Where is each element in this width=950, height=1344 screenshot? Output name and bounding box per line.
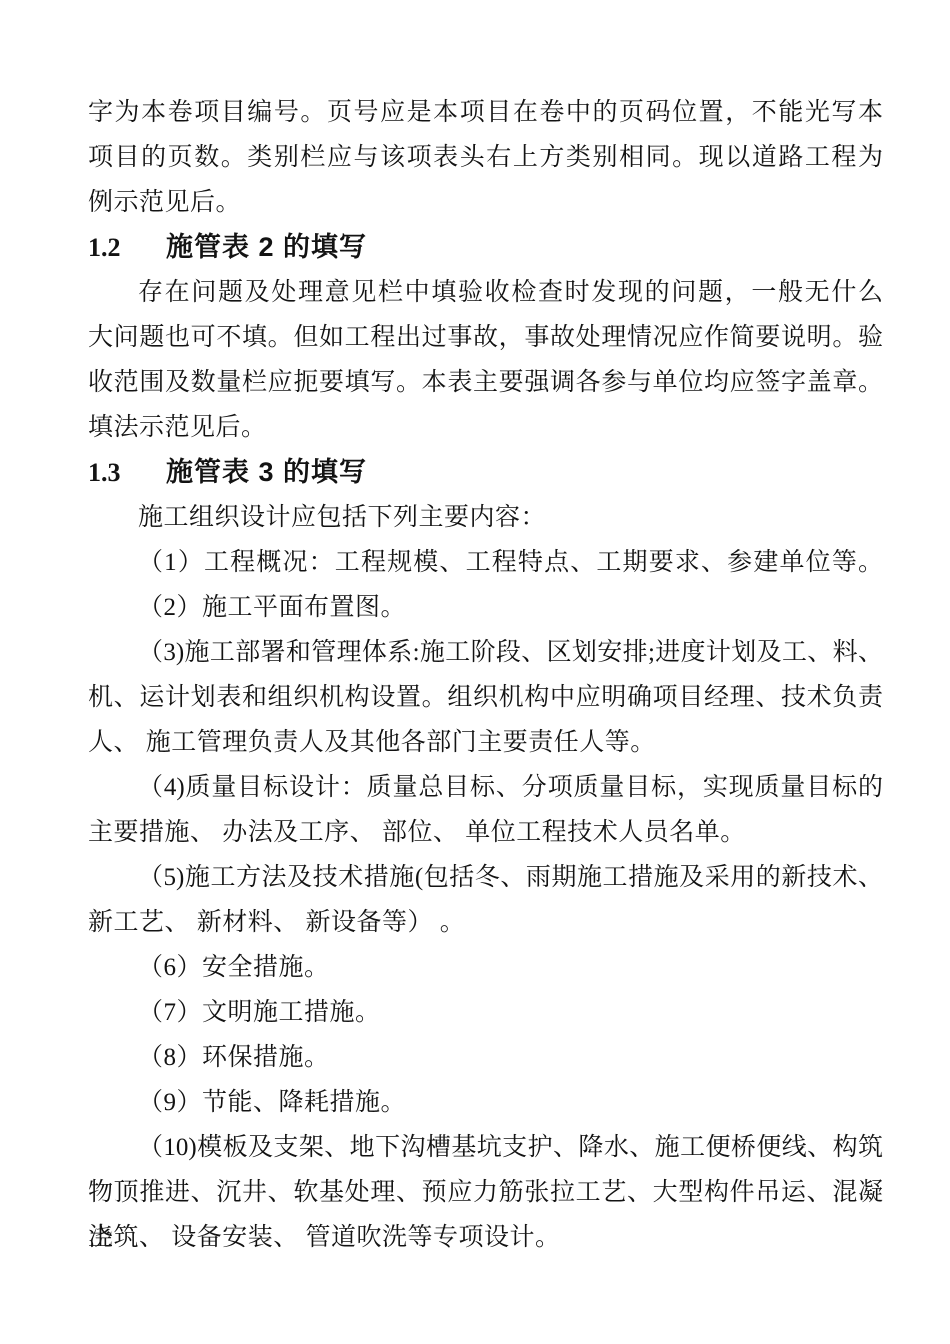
section-heading-1-3: 1.3施管表 3 的填写 (88, 450, 883, 495)
paragraph: 字为本卷项目编号。页号应是本项目在卷中的页码位置，不能光写本 项目的页数。类别栏… (88, 90, 883, 225)
body-line: 项目的页数。类别栏应与该项表头右上方类别相同。现以道路工程为 (88, 135, 883, 180)
list-item: （4)质量目标设计：质量总目标、分项质量目标，实现质量目标的 主要措施、 办法及… (88, 765, 883, 855)
body-line: 施工组织设计应包括下列主要内容： (88, 495, 883, 540)
heading-title: 施管表 3 的填写 (166, 457, 367, 487)
body-line: （2）施工平面布置图。 (88, 585, 883, 630)
body-line: 人、 施工管理负责人及其他各部门主要责任人等。 (88, 720, 883, 765)
list-item: （6）安全措施。 (88, 945, 883, 990)
body-line: 收范围及数量栏应扼要填写。本表主要强调各参与单位均应签字盖章。 (88, 360, 883, 405)
body-line: （10)模板及支架、地下沟槽基坑支护、降水、施工便桥便线、构筑 (88, 1125, 883, 1170)
body-line: 物顶推进、沉井、软基处理、预应力筋张拉工艺、大型构件吊运、混凝土 (88, 1170, 883, 1215)
document-page: 字为本卷项目编号。页号应是本项目在卷中的页码位置，不能光写本 项目的页数。类别栏… (0, 0, 883, 1260)
list-item: （7）文明施工措施。 (88, 990, 883, 1035)
body-line: （6）安全措施。 (88, 945, 883, 990)
body-line: 浇筑、 设备安装、 管道吹洗等专项设计。 (88, 1215, 883, 1260)
body-line: （5)施工方法及技术措施(包括冬、雨期施工措施及采用的新技术、 (88, 855, 883, 900)
list-item: （2）施工平面布置图。 (88, 585, 883, 630)
body-line: （4)质量目标设计：质量总目标、分项质量目标，实现质量目标的 (88, 765, 883, 810)
body-line: （1）工程概况：工程规模、工程特点、工期要求、参建单位等。 (88, 540, 883, 585)
body-line: 例示范见后。 (88, 180, 883, 225)
list-item: （1）工程概况：工程规模、工程特点、工期要求、参建单位等。 (88, 540, 883, 585)
list-item: （8）环保措施。 (88, 1035, 883, 1080)
list-item: （5)施工方法及技术措施(包括冬、雨期施工措施及采用的新技术、 新工艺、 新材料… (88, 855, 883, 945)
paragraph: 存在问题及处理意见栏中填验收检查时发现的问题，一般无什么 大问题也可不填。但如工… (88, 270, 883, 450)
body-line: 字为本卷项目编号。页号应是本项目在卷中的页码位置，不能光写本 (88, 90, 883, 135)
list-item: （3)施工部署和管理体系:施工阶段、区划安排;进度计划及工、料、 机、运计划表和… (88, 630, 883, 765)
body-line: 主要措施、 办法及工序、 部位、 单位工程技术人员名单。 (88, 810, 883, 855)
paragraph: 施工组织设计应包括下列主要内容： (88, 495, 883, 540)
body-line: 填法示范见后。 (88, 405, 883, 450)
heading-title: 施管表 2 的填写 (166, 232, 367, 262)
list-item: （9）节能、降耗措施。 (88, 1080, 883, 1125)
body-line: 大问题也可不填。但如工程出过事故，事故处理情况应作简要说明。验 (88, 315, 883, 360)
body-line: （7）文明施工措施。 (88, 990, 883, 1035)
body-line: 新工艺、 新材料、 新设备等） 。 (88, 900, 883, 945)
heading-number: 1.3 (88, 450, 166, 495)
body-line: （3)施工部署和管理体系:施工阶段、区划安排;进度计划及工、料、 (88, 630, 883, 675)
list-item: （10)模板及支架、地下沟槽基坑支护、降水、施工便桥便线、构筑 物顶推进、沉井、… (88, 1125, 883, 1260)
body-line: （9）节能、降耗措施。 (88, 1080, 883, 1125)
heading-number: 1.2 (88, 225, 166, 270)
body-line: 机、运计划表和组织机构设置。组织机构中应明确项目经理、技术负责 (88, 675, 883, 720)
body-line: 存在问题及处理意见栏中填验收检查时发现的问题，一般无什么 (88, 270, 883, 315)
body-line: （8）环保措施。 (88, 1035, 883, 1080)
section-heading-1-2: 1.2施管表 2 的填写 (88, 225, 883, 270)
